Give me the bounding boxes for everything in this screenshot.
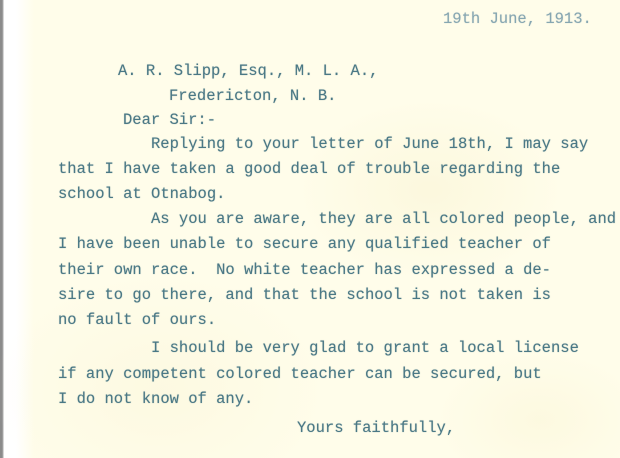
body-line: sire to go there, and that the school is… — [58, 287, 551, 305]
body-line: their own race. No white teacher has exp… — [58, 262, 551, 280]
body-line: school at Otnabog. — [58, 186, 225, 204]
body-line: that I have taken a good deal of trouble… — [58, 161, 560, 179]
letter-date: 19th June, 1913. — [443, 11, 592, 29]
body-line: I should be very glad to grant a local l… — [151, 340, 579, 358]
body-line: no fault of ours. — [58, 312, 216, 330]
body-line: As you are aware, they are all colored p… — [151, 211, 616, 229]
body-line: I have been unable to secure any qualifi… — [58, 236, 551, 254]
recipient-name: A. R. Slipp, Esq., M. L. A., — [118, 63, 378, 81]
closing: Yours faithfully, — [297, 420, 455, 438]
body-line: if any competent colored teacher can be … — [58, 366, 542, 384]
body-line: I do not know of any. — [58, 391, 253, 409]
recipient-address: Fredericton, N. B. — [169, 88, 336, 106]
salutation: Dear Sir:- — [123, 112, 216, 130]
letter-scan: 19th June, 1913. A. R. Slipp, Esq., M. L… — [0, 0, 620, 458]
body-line: Replying to your letter of June 18th, I … — [151, 136, 588, 154]
